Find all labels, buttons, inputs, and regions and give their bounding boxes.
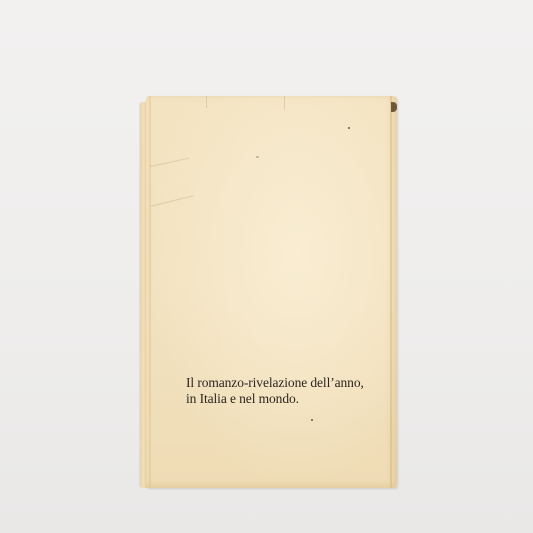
blurb-line-2: in Italia e nel mondo.: [186, 391, 401, 407]
cover-crease: [150, 195, 194, 207]
cover-speck: [311, 419, 313, 421]
cover-crease: [206, 96, 207, 108]
cover-tear: [391, 102, 397, 112]
cover-speck: [348, 127, 350, 129]
blurb-line-1: Il romanzo-rivelazione dell’anno,: [186, 375, 401, 391]
back-cover: Il romanzo-rivelazione dell’anno, in Ita…: [146, 96, 397, 488]
blurb-text: Il romanzo-rivelazione dell’anno, in Ita…: [186, 375, 401, 407]
book: Il romanzo-rivelazione dell’anno, in Ita…: [140, 96, 397, 490]
cover-crease: [284, 96, 285, 110]
cover-crease: [150, 158, 189, 167]
cover-right-fold: [390, 96, 392, 488]
cover-speck: [256, 156, 259, 158]
cover-left-fold: [149, 96, 151, 488]
